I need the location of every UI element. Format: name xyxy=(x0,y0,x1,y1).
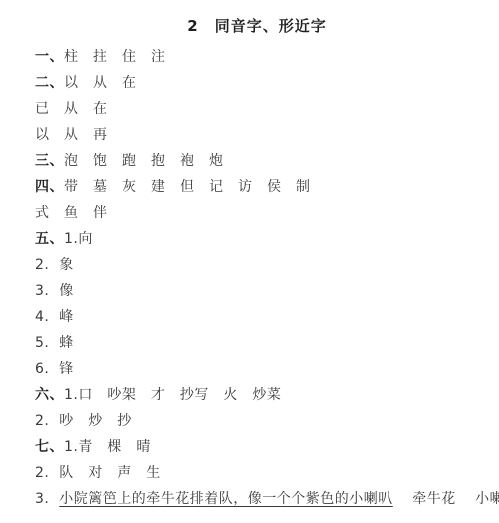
line-text: 2. 队 对 声 生 xyxy=(35,465,161,481)
answer-line: 五、1.向 xyxy=(35,226,479,252)
line-text: 牵牛花 小喇叭 xyxy=(393,491,499,507)
page-title: 2 同音字、形近字 xyxy=(35,15,479,37)
line-text: 2. 吵 炒 抄 xyxy=(35,413,132,429)
line-text: 1.口 吵架 才 抄写 火 炒菜 xyxy=(64,387,281,403)
answer-line: 6. 锋 xyxy=(35,356,479,382)
line-text: 5. 蜂 xyxy=(35,335,74,351)
line-text: 以 从 再 xyxy=(35,127,108,143)
answer-line: 4. 峰 xyxy=(35,304,479,330)
answer-line: 2. 象 xyxy=(35,252,479,278)
answer-line: 已 从 在 xyxy=(35,96,479,122)
line-text: 6. 锋 xyxy=(35,361,74,377)
line-text: 柱 拄 住 注 xyxy=(64,49,166,65)
section-marker: 四、 xyxy=(35,179,64,195)
line-text: 泡 饱 跑 抱 袍 炮 xyxy=(64,153,224,169)
line-text: 以 从 在 xyxy=(64,75,137,91)
line-text: 1.向 xyxy=(64,231,93,247)
line-text: 4. 峰 xyxy=(35,309,74,325)
section-marker: 六、 xyxy=(35,387,64,403)
line-text: 带 墓 灰 建 但 记 访 侯 制 xyxy=(64,179,311,195)
section-marker: 七、 xyxy=(35,439,64,455)
section-marker: 一、 xyxy=(35,49,64,65)
answer-line: 3. 像 xyxy=(35,278,479,304)
answer-line: 2. 吵 炒 抄 xyxy=(35,408,479,434)
answer-line: 一、柱 拄 住 注 xyxy=(35,44,479,70)
section-marker: 五、 xyxy=(35,231,64,247)
answer-line: 三、泡 饱 跑 抱 袍 炮 xyxy=(35,148,479,174)
item-number: 3. xyxy=(35,491,59,507)
answer-line: 七、1.青 棵 晴 xyxy=(35,434,479,460)
section-marker: 二、 xyxy=(35,75,64,91)
section-marker: 三、 xyxy=(35,153,64,169)
answer-line-sentence: 3. 小院篱笆上的牵牛花排着队，像一个个紫色的小喇叭 牵牛花 小喇叭 xyxy=(35,486,479,512)
line-text: 已 从 在 xyxy=(35,101,108,117)
line-text: 2. 象 xyxy=(35,257,74,273)
underlined-sentence: 小院篱笆上的牵牛花排着队，像一个个紫色的小喇叭 xyxy=(59,491,393,507)
answer-line: 2. 队 对 声 生 xyxy=(35,460,479,486)
answer-line: 四、带 墓 灰 建 但 记 访 侯 制 xyxy=(35,174,479,200)
answer-line: 二、以 从 在 xyxy=(35,70,479,96)
answer-line: 以 从 再 xyxy=(35,122,479,148)
answer-line: 六、1.口 吵架 才 抄写 火 炒菜 xyxy=(35,382,479,408)
answer-line: 式 鱼 伴 xyxy=(35,200,479,226)
line-text: 3. 像 xyxy=(35,283,74,299)
line-text: 式 鱼 伴 xyxy=(35,205,108,221)
line-text: 1.青 棵 晴 xyxy=(64,439,151,455)
document-page: 2 同音字、形近字 一、柱 拄 住 注 二、以 从 在 已 从 在 以 从 再 … xyxy=(0,0,499,523)
answer-line: 5. 蜂 xyxy=(35,330,479,356)
